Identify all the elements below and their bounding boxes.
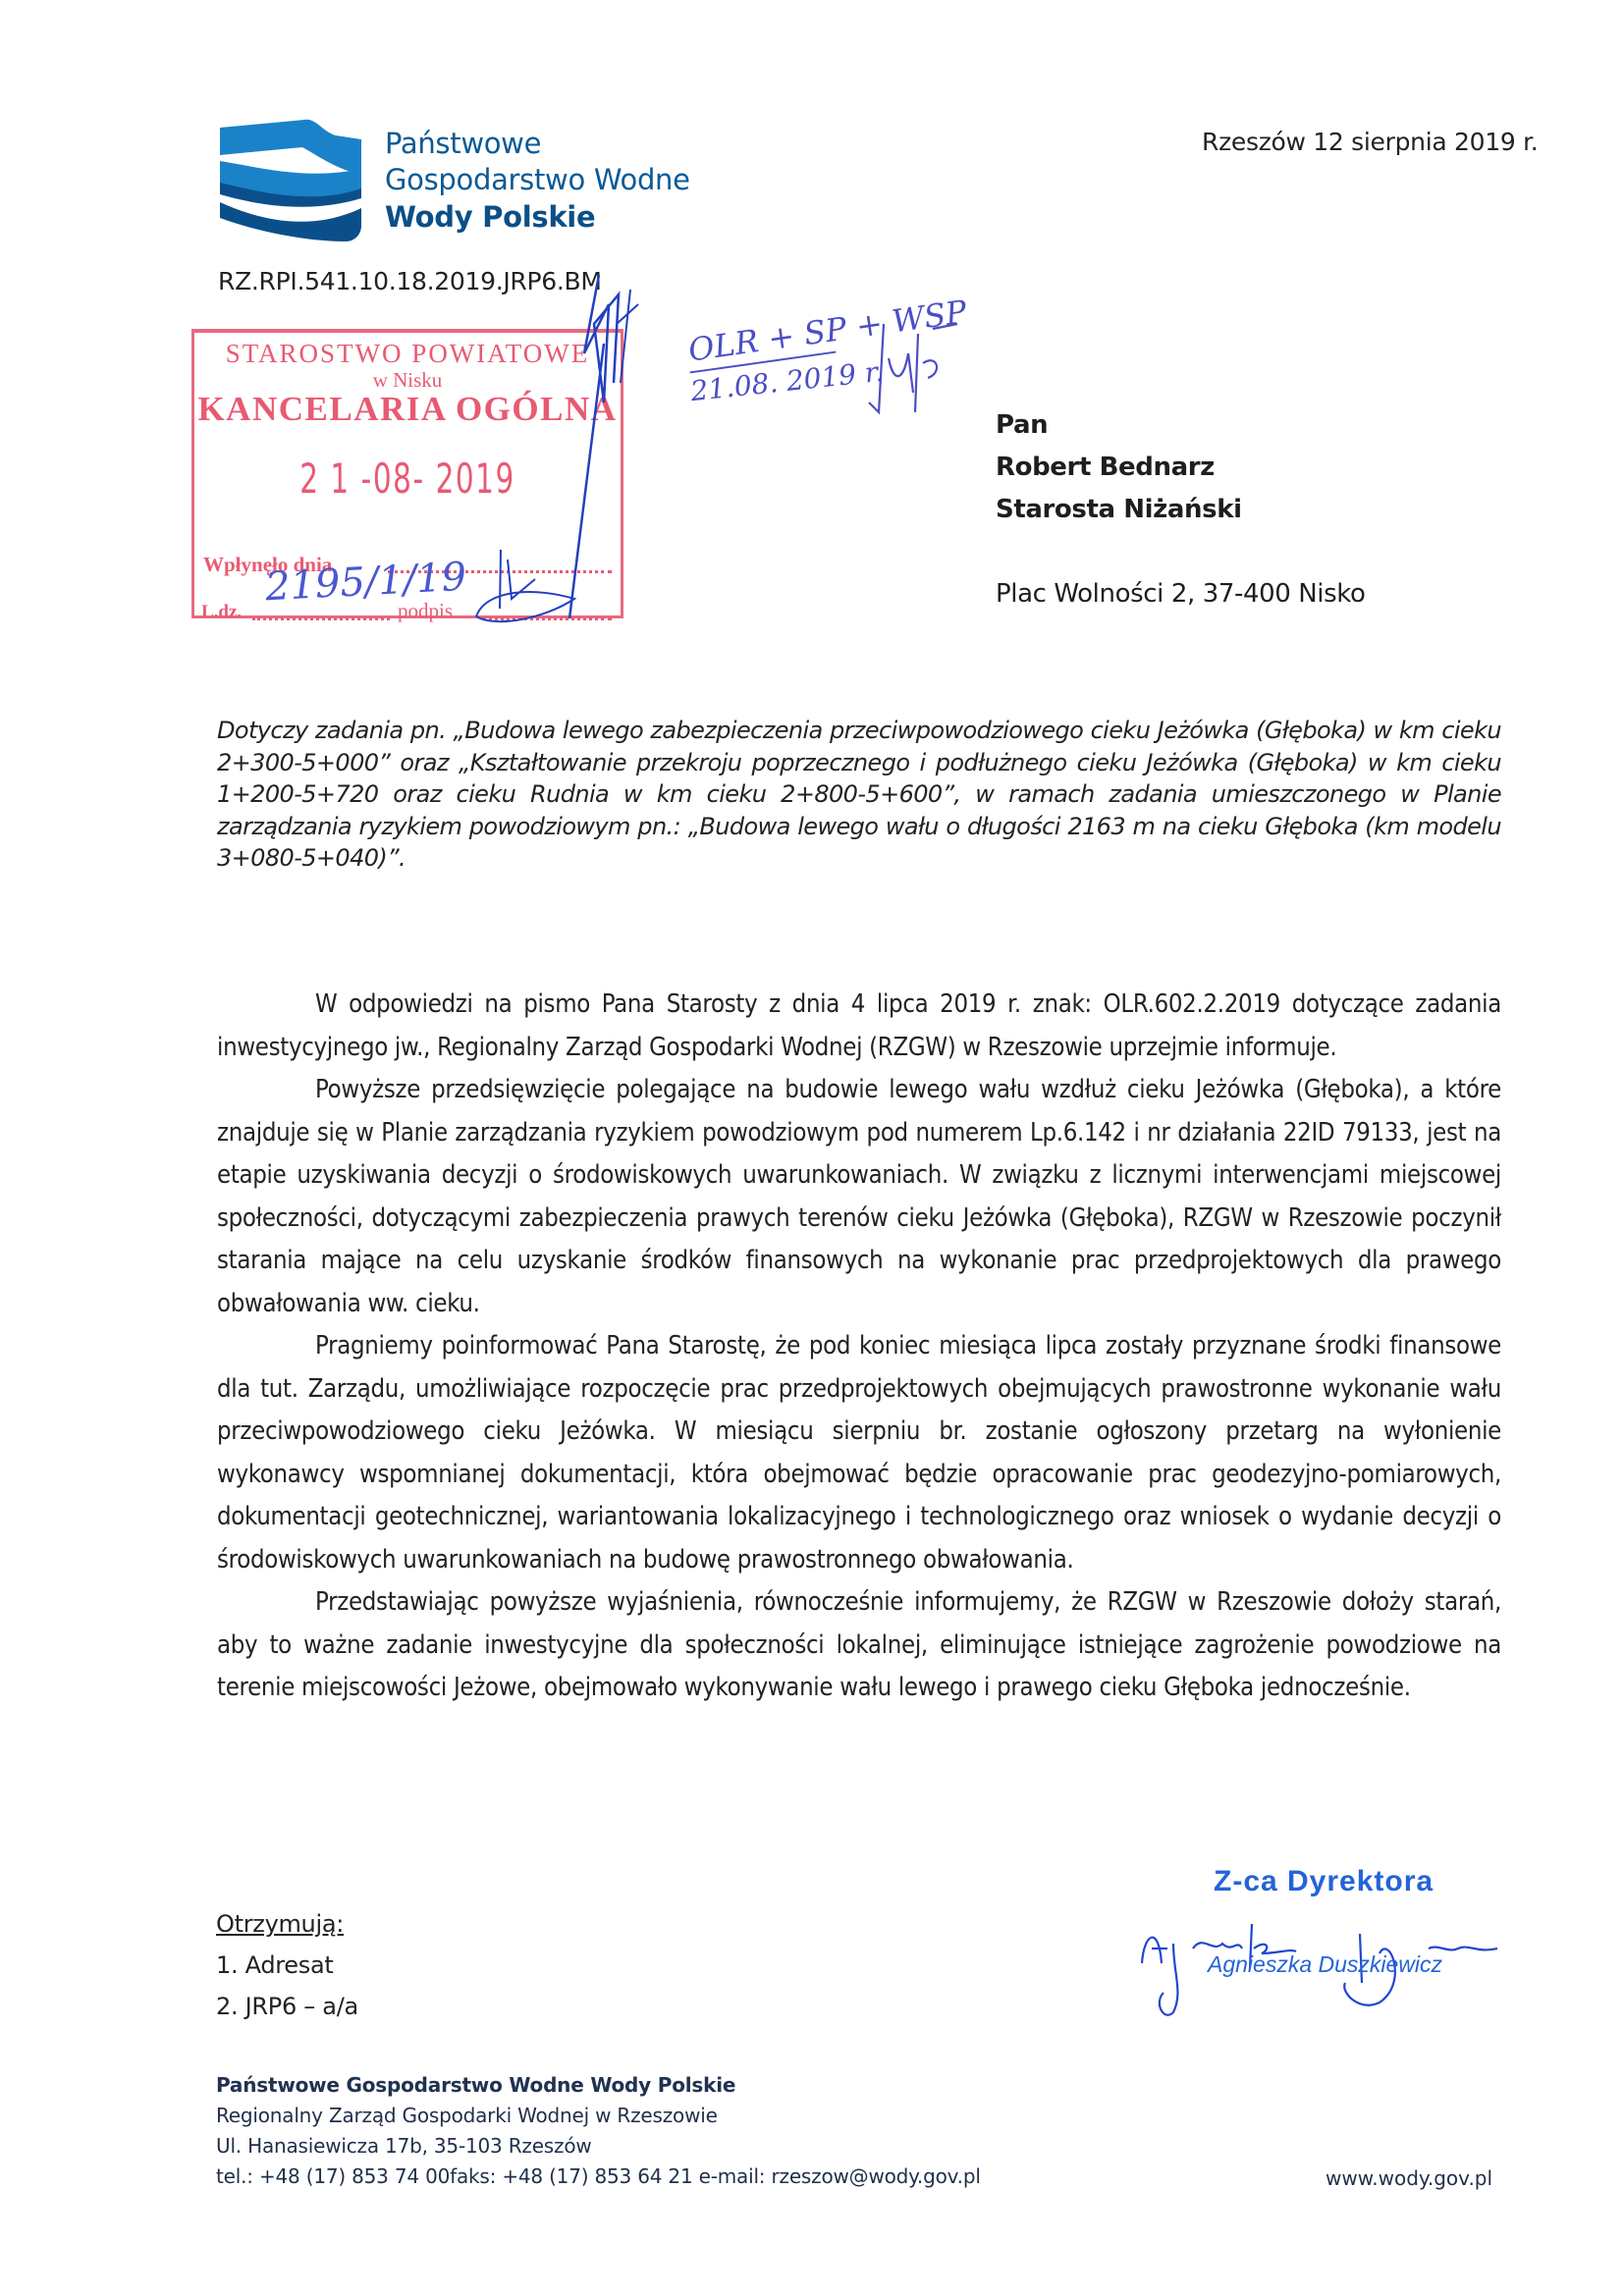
stamp-signature-scrawl-icon [457, 540, 633, 628]
stamp-ldz-label: L.dz. [201, 602, 242, 623]
addressee-role: Starosta Niżański [996, 495, 1242, 524]
footer-contact: tel.: +48 (17) 853 74 00faks: +48 (17) 8… [216, 2164, 981, 2188]
footer-address: Ul. Hanasiewicza 17b, 35-103 Rzeszów [216, 2134, 592, 2158]
reference-number: RZ.RPI.541.10.18.2019.JRP6.BM [218, 267, 602, 295]
body-paragraph: Pragniemy poinformować Pana Starostę, że… [217, 1325, 1501, 1581]
wody-polskie-logo-icon [218, 116, 365, 243]
signatory-title: Z-ca Dyrektora [1214, 1865, 1434, 1898]
stamp-date: 2 1 -08- 2019 [239, 454, 575, 503]
addressee-address: Plac Wolności 2, 37-400 Nisko [996, 579, 1366, 609]
footer-website-link[interactable]: www.wody.gov.pl [1326, 2166, 1492, 2190]
org-name-line2: Gospodarstwo Wodne [385, 162, 690, 197]
place-date: Rzeszów 12 sierpnia 2019 r. [1202, 128, 1538, 156]
recipients-heading: Otrzymują: [216, 1903, 358, 1945]
recipients-list: Otrzymują: 1. Adresat 2. JRP6 – a/a [216, 1903, 358, 2027]
stamp-ldz-dots [252, 617, 390, 620]
body-paragraph: Przedstawiając powyższe wyjaśnienia, rów… [217, 1581, 1501, 1710]
body-paragraph: Powyższe przedsięwzięcie polegające na b… [217, 1069, 1501, 1325]
recipient-item: 2. JRP6 – a/a [216, 1986, 358, 2027]
org-name-line1: Państwowe [385, 126, 541, 161]
addressee-title: Pan [996, 410, 1048, 440]
addressee-name: Robert Bednarz [996, 453, 1215, 482]
signatory-name: Agnieszka Duszkiewicz [1208, 1951, 1442, 1978]
letter-body: W odpowiedzi na pismo Pana Starosty z dn… [217, 984, 1501, 1710]
recipient-item: 1. Adresat [216, 1945, 358, 1986]
footer-regional-office: Regionalny Zarząd Gospodarki Wodnej w Rz… [216, 2104, 718, 2127]
footer-org-name: Państwowe Gospodarstwo Wodne Wody Polski… [216, 2073, 735, 2097]
org-name-line3: Wody Polskie [385, 199, 595, 235]
letter-subject: Dotyczy zadania pn. „Budowa lewego zabez… [217, 715, 1501, 875]
body-paragraph: W odpowiedzi na pismo Pana Starosty z dn… [217, 984, 1501, 1069]
handwritten-paraph-icon [864, 314, 962, 422]
